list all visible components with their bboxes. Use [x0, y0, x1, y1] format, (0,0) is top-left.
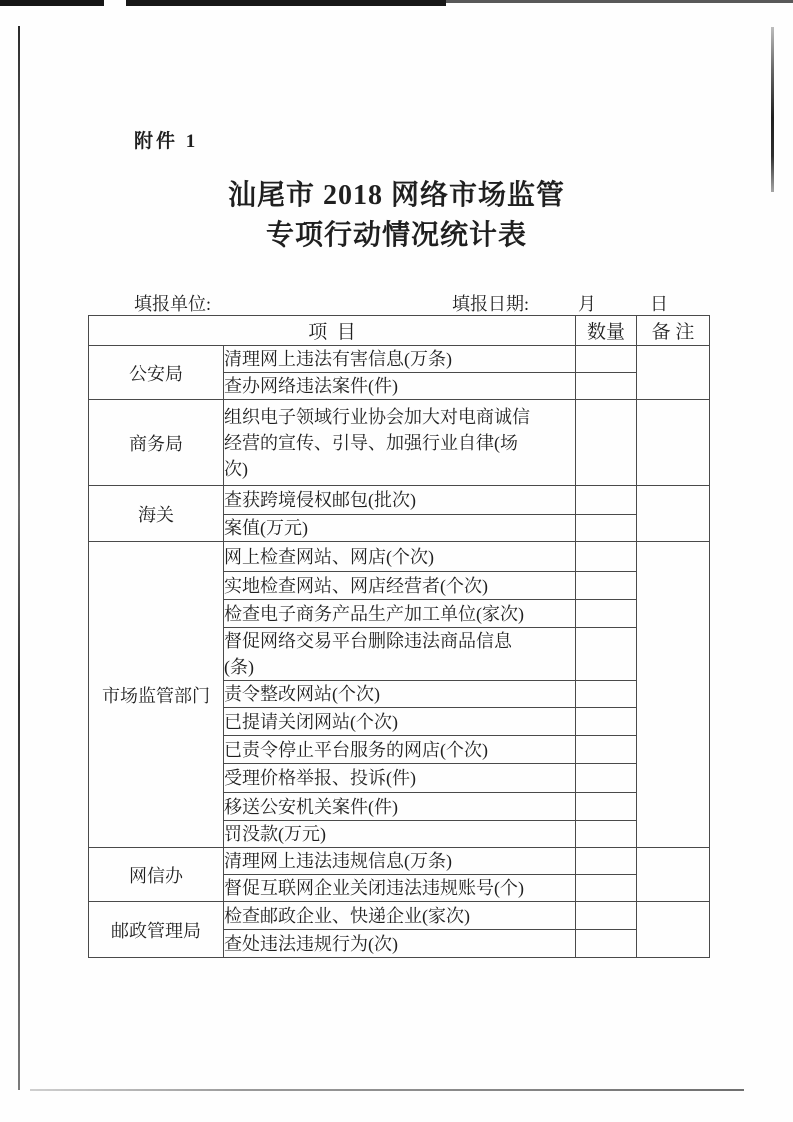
- department-cell: 网信办: [89, 848, 224, 902]
- item-cell: 检查邮政企业、快递企业(家次): [224, 902, 576, 930]
- quantity-cell: [576, 346, 637, 373]
- department-cell: 邮政管理局: [89, 902, 224, 958]
- item-cell: 已责令停止平台服务的网店(个次): [224, 736, 576, 764]
- scan-artifact-right-edge-line: [771, 27, 774, 192]
- department-cell: 公安局: [89, 346, 224, 400]
- item-cell: 受理价格举报、投诉(件): [224, 764, 576, 793]
- quantity-cell: [576, 848, 637, 875]
- item-cell: 移送公安机关案件(件): [224, 793, 576, 821]
- quantity-cell: [576, 600, 637, 628]
- table-row: 网信办清理网上违法违规信息(万条): [89, 848, 710, 875]
- form-meta-row: 填报单位: 填报日期: 月 日: [0, 290, 793, 314]
- quantity-cell: [576, 875, 637, 902]
- table-row: 市场监管部门网上检查网站、网店(个次): [89, 542, 710, 572]
- quantity-cell: [576, 400, 637, 486]
- table-row: 海关查获跨境侵权邮包(批次): [89, 486, 710, 515]
- remark-cell: [637, 486, 710, 542]
- day-label: 日: [650, 290, 668, 316]
- item-cell: 查处违法违规行为(次): [224, 930, 576, 958]
- header-quantity-cell: 数量: [576, 316, 637, 346]
- quantity-cell: [576, 793, 637, 821]
- quantity-cell: [576, 902, 637, 930]
- stats-table-body: 公安局清理网上违法有害信息(万条)查办网络违法案件(件)商务局组织电子领域行业协…: [89, 346, 710, 958]
- header-item-cell: 项 目: [89, 316, 576, 346]
- quantity-cell: [576, 681, 637, 708]
- department-cell: 市场监管部门: [89, 542, 224, 848]
- table-header-row: 项 目 数量 备 注: [89, 316, 710, 346]
- quantity-cell: [576, 736, 637, 764]
- scan-artifact-top-bar-left: [0, 0, 104, 6]
- quantity-cell: [576, 708, 637, 736]
- stats-table: 项 目 数量 备 注 公安局清理网上违法有害信息(万条)查办网络违法案件(件)商…: [88, 315, 710, 958]
- quantity-cell: [576, 930, 637, 958]
- remark-cell: [637, 902, 710, 958]
- report-date-label: 填报日期:: [452, 290, 529, 316]
- quantity-cell: [576, 373, 637, 400]
- item-cell: 督促网络交易平台删除违法商品信息 (条): [224, 628, 576, 681]
- document-title-line2: 专项行动情况统计表: [0, 216, 793, 256]
- item-cell: 检查电子商务产品生产加工单位(家次): [224, 600, 576, 628]
- quantity-cell: [576, 515, 637, 542]
- item-cell: 查获跨境侵权邮包(批次): [224, 486, 576, 515]
- quantity-cell: [576, 542, 637, 572]
- quantity-cell: [576, 572, 637, 600]
- scanned-document-page: 附件 1 汕尾市 2018 网络市场监管 专项行动情况统计表 填报单位: 填报日…: [0, 0, 793, 1122]
- item-cell: 网上检查网站、网店(个次): [224, 542, 576, 572]
- department-cell: 海关: [89, 486, 224, 542]
- item-cell: 清理网上违法违规信息(万条): [224, 848, 576, 875]
- item-cell: 清理网上违法有害信息(万条): [224, 346, 576, 373]
- scan-artifact-top-bar-mid: [126, 0, 446, 6]
- remark-cell: [637, 346, 710, 400]
- item-cell: 督促互联网企业关闭违法违规账号(个): [224, 875, 576, 902]
- header-remark-cell: 备 注: [637, 316, 710, 346]
- attachment-label: 附件 1: [134, 126, 198, 153]
- item-cell: 责令整改网站(个次): [224, 681, 576, 708]
- quantity-cell: [576, 486, 637, 515]
- item-cell: 实地检查网站、网店经营者(个次): [224, 572, 576, 600]
- document-title-line1: 汕尾市 2018 网络市场监管: [0, 176, 793, 216]
- quantity-cell: [576, 628, 637, 681]
- quantity-cell: [576, 821, 637, 848]
- remark-cell: [637, 542, 710, 848]
- item-cell: 案值(万元): [224, 515, 576, 542]
- document-title: 汕尾市 2018 网络市场监管 专项行动情况统计表: [0, 176, 793, 256]
- item-cell: 已提请关闭网站(个次): [224, 708, 576, 736]
- remark-cell: [637, 400, 710, 486]
- scan-artifact-top-line-right: [446, 0, 793, 3]
- item-cell: 罚没款(万元): [224, 821, 576, 848]
- table-row: 公安局清理网上违法有害信息(万条): [89, 346, 710, 373]
- report-unit-label: 填报单位:: [134, 290, 211, 316]
- item-cell: 查办网络违法案件(件): [224, 373, 576, 400]
- scan-artifact-bottom-edge-line: [30, 1089, 744, 1091]
- item-cell: 组织电子领域行业协会加大对电商诚信 经营的宣传、引导、加强行业自律(场 次): [224, 400, 576, 486]
- table-row: 邮政管理局检查邮政企业、快递企业(家次): [89, 902, 710, 930]
- table-row: 商务局组织电子领域行业协会加大对电商诚信 经营的宣传、引导、加强行业自律(场 次…: [89, 400, 710, 486]
- remark-cell: [637, 848, 710, 902]
- quantity-cell: [576, 764, 637, 793]
- month-label: 月: [578, 290, 596, 316]
- department-cell: 商务局: [89, 400, 224, 486]
